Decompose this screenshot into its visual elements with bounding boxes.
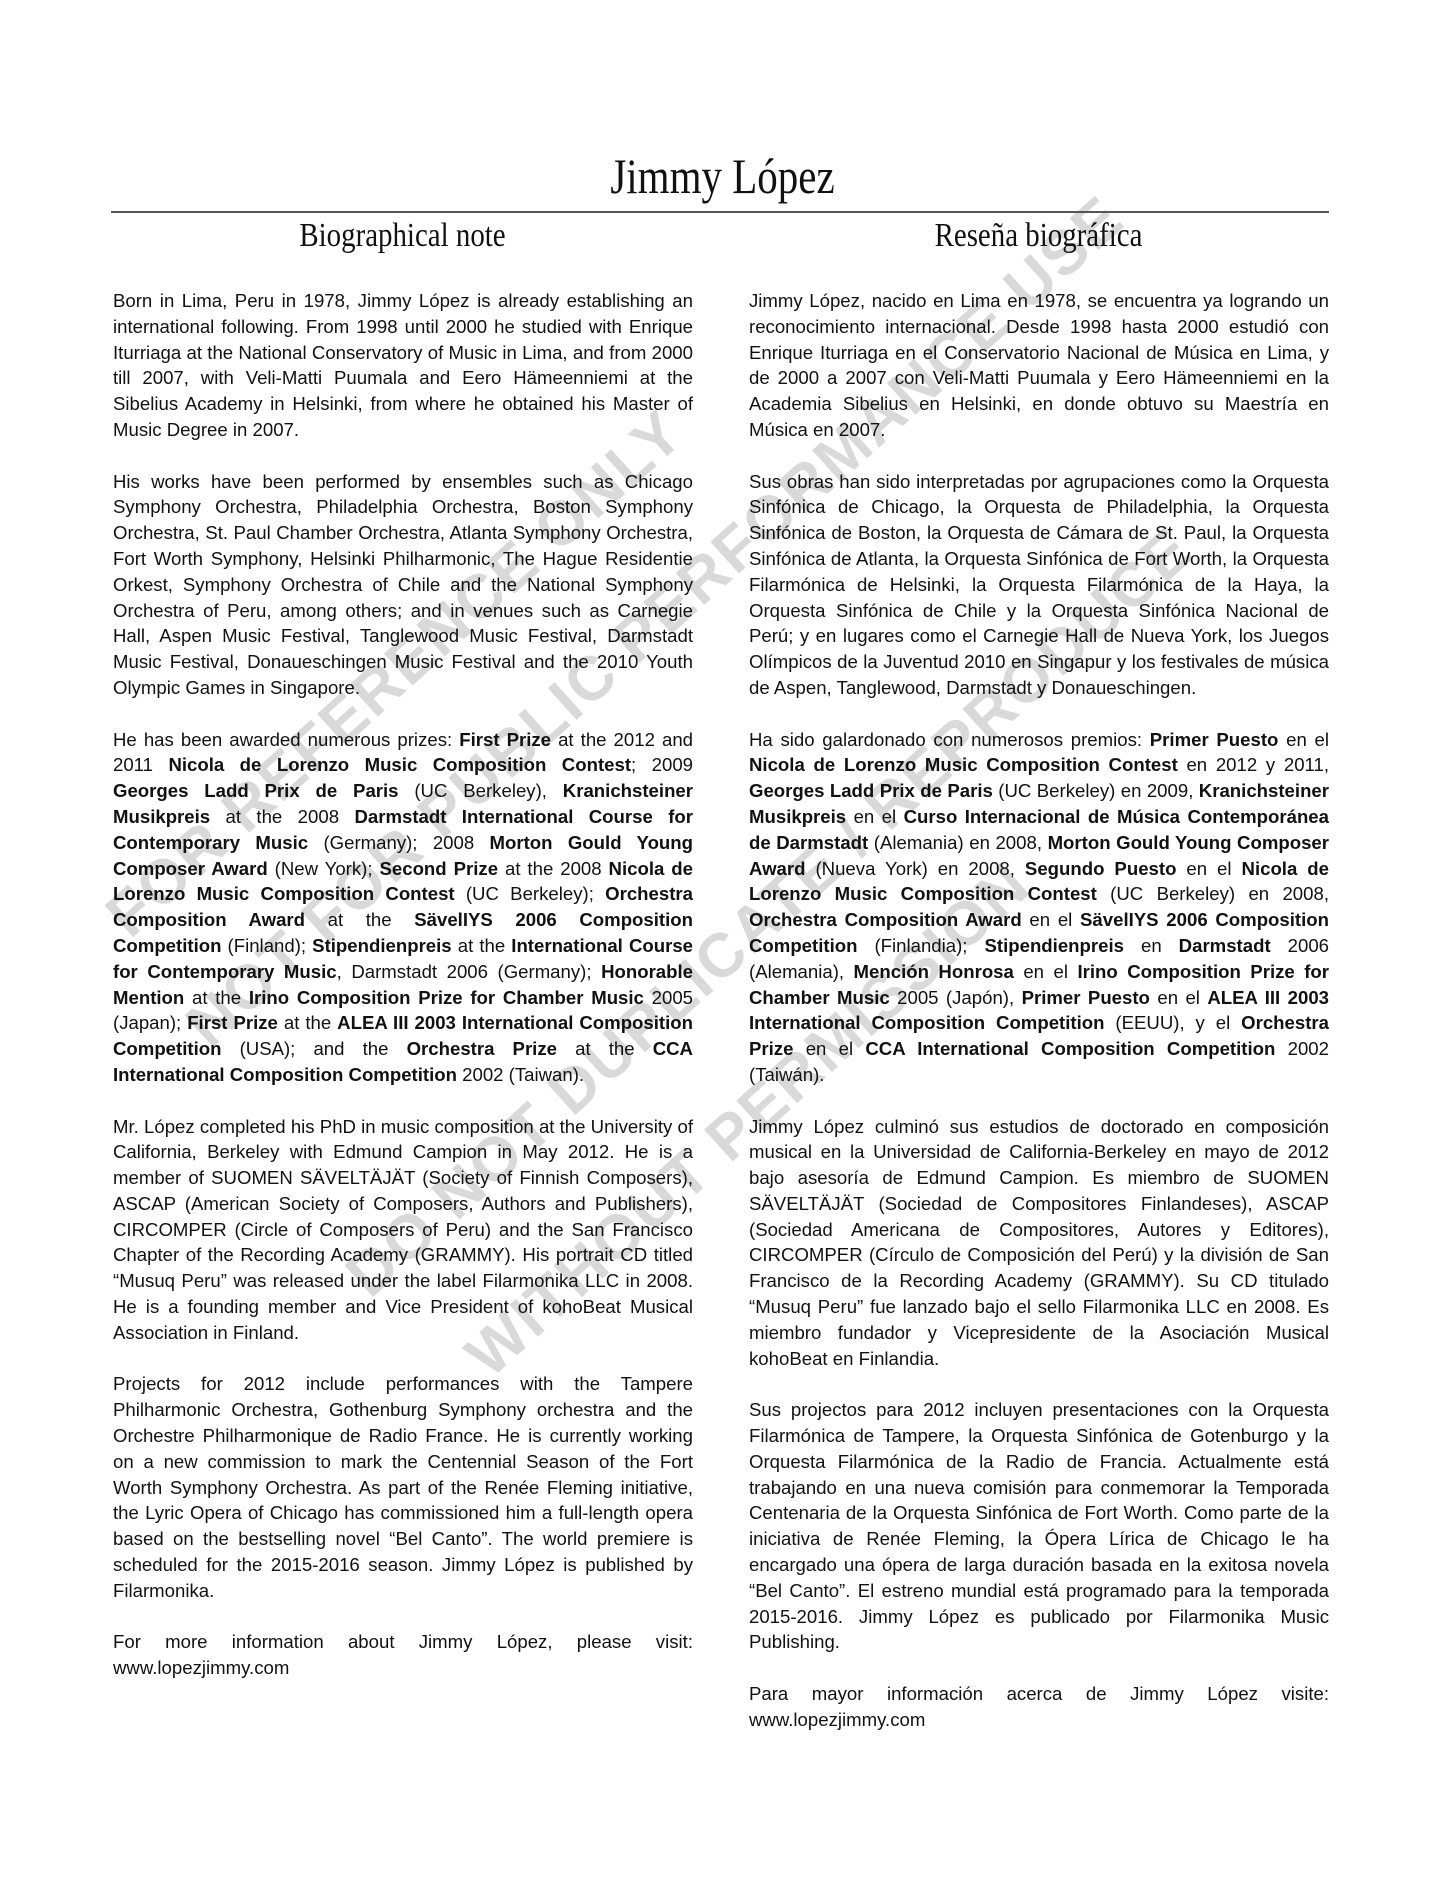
- text: (Nueva York) en 2008,: [806, 858, 1025, 879]
- paragraph: Sus projectos para 2012 incluyen present…: [749, 1397, 1329, 1655]
- text: (UC Berkeley) en 2008,: [1097, 883, 1329, 904]
- bold-text: Nicola de Lorenzo Music Composition Cont…: [168, 754, 631, 775]
- bold-text: Orchestra Composition Award: [749, 909, 1022, 930]
- text: Projects for 2012 include performances w…: [113, 1373, 693, 1600]
- text: en el: [846, 806, 903, 827]
- text: at the: [184, 987, 249, 1008]
- text: 2005 (Japón),: [890, 987, 1022, 1008]
- text: at the: [557, 1038, 653, 1059]
- text: (Alemania) en 2008,: [868, 832, 1047, 853]
- text: Jimmy López culminó sus estudios de doct…: [749, 1116, 1329, 1369]
- text: Sus obras han sido interpretadas por agr…: [749, 471, 1329, 698]
- text: en el: [793, 1038, 865, 1059]
- text: Jimmy López, nacido en Lima en 1978, se …: [749, 290, 1329, 440]
- text: en 2012 y 2011,: [1178, 754, 1329, 775]
- bold-text: Georges Ladd Prix de Paris: [113, 780, 399, 801]
- paragraph: Jimmy López, nacido en Lima en 1978, se …: [749, 288, 1329, 443]
- text: , Darmstadt 2006 (Germany);: [337, 961, 601, 982]
- paragraph: Ha sido galardonado con numerosos premio…: [749, 727, 1329, 1088]
- bold-text: CCA International Composition Competitio…: [865, 1038, 1275, 1059]
- document-page: FOR REFERENCE ONLY NOT FOR PUBLIC PERFOR…: [0, 0, 1445, 1879]
- bold-text: Georges Ladd Prix de Paris: [749, 780, 993, 801]
- text: 2002 (Taiwan).: [457, 1064, 584, 1085]
- bold-text: Primer Puesto: [1150, 729, 1279, 750]
- text: (UC Berkeley) en 2009,: [993, 780, 1199, 801]
- text: (Germany); 2008: [308, 832, 489, 853]
- text: en: [1124, 935, 1179, 956]
- paragraph: He has been awarded numerous prizes: Fir…: [113, 727, 693, 1088]
- bold-text: Stipendienpreis: [312, 935, 451, 956]
- text: en el: [1176, 858, 1241, 879]
- bold-text: First Prize: [187, 1012, 278, 1033]
- text: en el: [1150, 987, 1207, 1008]
- text: For more information about Jimmy López, …: [113, 1631, 693, 1678]
- bold-text: Segundo Puesto: [1025, 858, 1177, 879]
- text: (UC Berkeley),: [399, 780, 563, 801]
- bold-text: Mención Honrosa: [854, 961, 1014, 982]
- text: Sus projectos para 2012 incluyen present…: [749, 1399, 1329, 1652]
- text: at the 2008: [498, 858, 609, 879]
- paragraph: Mr. López completed his PhD in music com…: [113, 1114, 693, 1346]
- paragraph: Sus obras han sido interpretadas por agr…: [749, 469, 1329, 701]
- text: at the 2008: [210, 806, 354, 827]
- text: en el: [1022, 909, 1080, 930]
- spanish-column: Jimmy López, nacido en Lima en 1978, se …: [749, 288, 1329, 1758]
- paragraph: Jimmy López culminó sus estudios de doct…: [749, 1114, 1329, 1372]
- bold-text: Primer Puesto: [1022, 987, 1150, 1008]
- bold-text: Nicola de Lorenzo Music Composition Cont…: [749, 754, 1178, 775]
- text: Para mayor información acerca de Jimmy L…: [749, 1683, 1329, 1730]
- document-title: Jimmy López: [130, 146, 1315, 206]
- paragraph: Projects for 2012 include performances w…: [113, 1371, 693, 1603]
- text: (UC Berkeley);: [455, 883, 606, 904]
- text: (New York);: [268, 858, 380, 879]
- english-heading: Biographical note: [156, 216, 648, 256]
- text: en el: [1014, 961, 1078, 982]
- text: en el: [1278, 729, 1329, 750]
- text: (Finland);: [221, 935, 312, 956]
- text: (EEUU), y el: [1104, 1012, 1241, 1033]
- paragraph: Born in Lima, Peru in 1978, Jimmy López …: [113, 288, 693, 443]
- text: His works have been performed by ensembl…: [113, 471, 693, 698]
- bold-text: Orchestra Prize: [407, 1038, 557, 1059]
- bold-text: Stipendienpreis: [984, 935, 1123, 956]
- text: Born in Lima, Peru in 1978, Jimmy López …: [113, 290, 693, 440]
- text: He has been awarded numerous prizes:: [113, 729, 459, 750]
- bold-text: Irino Composition Prize for Chamber Musi…: [249, 987, 644, 1008]
- text: at the: [305, 909, 414, 930]
- text: ; 2009: [631, 754, 693, 775]
- text: at the: [452, 935, 512, 956]
- text: (USA); and the: [221, 1038, 406, 1059]
- title-divider: [111, 211, 1329, 213]
- bold-text: First Prize: [459, 729, 551, 750]
- paragraph: For more information about Jimmy López, …: [113, 1629, 693, 1681]
- bold-text: Second Prize: [379, 858, 498, 879]
- text: at the: [278, 1012, 337, 1033]
- text: Ha sido galardonado con numerosos premio…: [749, 729, 1150, 750]
- paragraph: Para mayor información acerca de Jimmy L…: [749, 1681, 1329, 1733]
- bold-text: Darmstadt: [1179, 935, 1271, 956]
- text: (Finlandia);: [857, 935, 984, 956]
- spanish-heading: Reseña biográfica: [792, 216, 1284, 256]
- paragraph: His works have been performed by ensembl…: [113, 469, 693, 701]
- english-column: Born in Lima, Peru in 1978, Jimmy López …: [113, 288, 693, 1707]
- text: Mr. López completed his PhD in music com…: [113, 1116, 693, 1343]
